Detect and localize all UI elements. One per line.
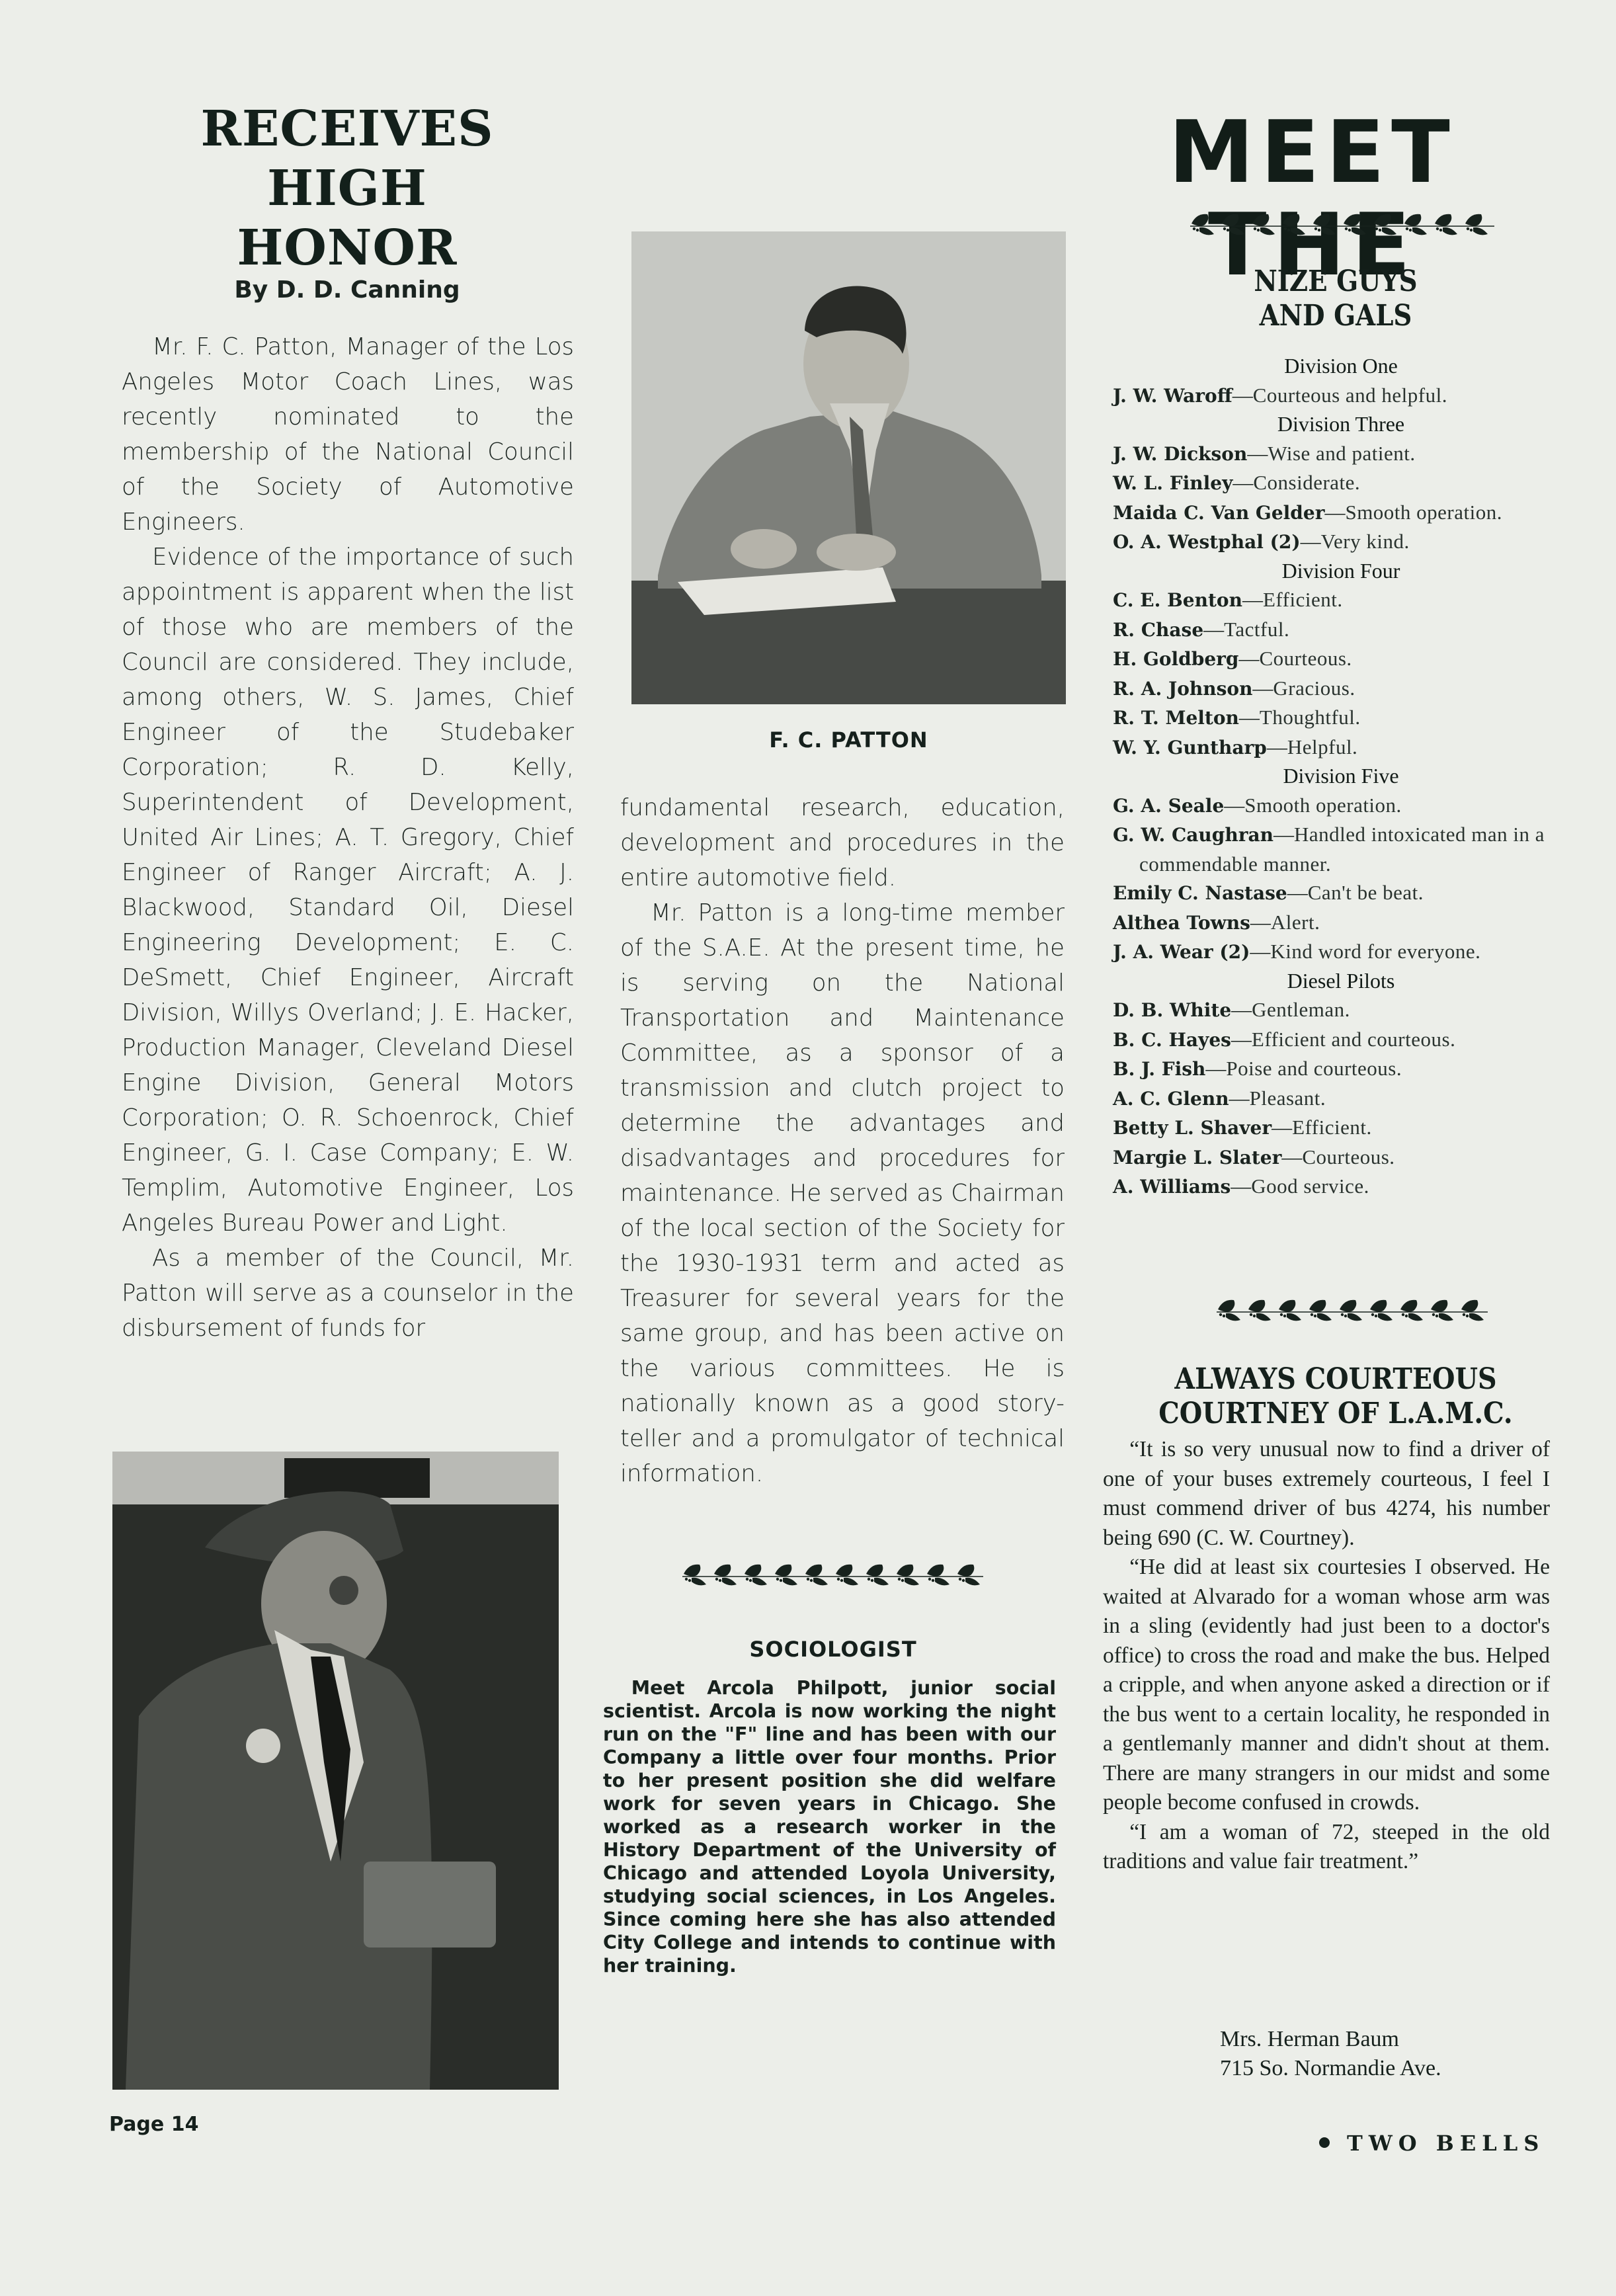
dash: — — [1324, 501, 1345, 524]
dash: — — [1232, 384, 1253, 407]
roster-entry: A. Williams—Good service. — [1113, 1172, 1569, 1202]
commendation: Alert. — [1271, 911, 1320, 934]
driver-name: B. J. Fish — [1113, 1058, 1205, 1080]
headline-line: ALWAYS COURTEOUS — [1127, 1362, 1544, 1397]
dash: — — [1231, 1028, 1252, 1051]
roster-entry: Margie L. Slater—Courteous. — [1113, 1143, 1569, 1172]
publication-footer: TWO BELLS — [1319, 2131, 1545, 2156]
driver-name: R. A. Johnson — [1113, 678, 1252, 700]
roster-entry: O. A. Westphal (2)—Very kind. — [1113, 527, 1569, 557]
driver-name: R. T. Melton — [1113, 707, 1239, 729]
sociologist-body: Meet Arcola Philpott, junior social scie… — [603, 1676, 1056, 1977]
dash: — — [1205, 1057, 1226, 1080]
driver-name: O. A. Westphal (2) — [1113, 531, 1301, 553]
roster-entry: C. E. Benton—Efficient. — [1113, 585, 1569, 615]
driver-name: J. W. Dickson — [1113, 443, 1247, 465]
roster-entry: J. A. Wear (2)—Kind word for everyone. — [1113, 937, 1569, 967]
dash: — — [1272, 1116, 1292, 1139]
commendation: Smooth operation. — [1345, 501, 1502, 524]
driver-name: D. B. White — [1113, 999, 1231, 1021]
letter-signature: Mrs. Herman Baum 715 So. Normandie Ave. — [1220, 2025, 1551, 2083]
headline-line: HONOR — [132, 218, 562, 278]
roster-entry: Maida C. Van Gelder—Smooth operation. — [1113, 498, 1569, 528]
driver-name: Emily C. Nastase — [1113, 882, 1287, 904]
paragraph: Mr. F. C. Patton, Manager of the Los Ang… — [122, 329, 574, 540]
commendation: Smooth operation. — [1244, 794, 1402, 817]
holly-border-icon — [1190, 210, 1494, 238]
commendation: Efficient and courteous. — [1252, 1028, 1455, 1051]
driver-name: Althea Towns — [1113, 912, 1250, 934]
dash: — — [1231, 998, 1252, 1021]
meet-the-banner: MEET THE — [1051, 106, 1574, 291]
dash: — — [1232, 471, 1253, 494]
portrait-operator-in-cap-icon — [112, 1452, 559, 2090]
paragraph: “I am a woman of 72, steeped in the old … — [1103, 1818, 1550, 1877]
holly-border-icon — [1217, 1296, 1488, 1324]
dash: — — [1229, 1086, 1250, 1110]
patton-photo — [631, 231, 1066, 704]
driver-name: H. Goldberg — [1113, 648, 1238, 670]
dash: — — [1267, 735, 1287, 758]
honor-article-column-1: Mr. F. C. Patton, Manager of the Los Ang… — [122, 329, 574, 1346]
driver-name: A. C. Glenn — [1113, 1088, 1229, 1110]
courtney-letter: “It is so very unusual now to find a dri… — [1103, 1435, 1550, 1877]
signature-name: Mrs. Herman Baum — [1220, 2025, 1551, 2054]
driver-name: B. C. Hayes — [1113, 1029, 1231, 1051]
paragraph: “It is so very unusual now to find a dri… — [1103, 1435, 1550, 1553]
dash: — — [1239, 706, 1260, 729]
commendation: Helpful. — [1287, 735, 1357, 758]
commendation: Tactful. — [1224, 618, 1289, 641]
sociologist-title: SOCIOLOGIST — [602, 1637, 1065, 1662]
dash: — — [1301, 530, 1321, 553]
driver-name: Betty L. Shaver — [1113, 1117, 1272, 1139]
commendation: Efficient. — [1263, 588, 1343, 611]
dash: — — [1281, 1145, 1302, 1168]
paragraph: fundamental research, education, develop… — [620, 790, 1065, 895]
roster-entry: W. Y. Guntharp—Helpful. — [1113, 733, 1569, 762]
division-heading: Division Three — [1113, 410, 1569, 439]
courtney-headline: ALWAYS COURTEOUS COURTNEY OF L.A.M.C. — [1127, 1362, 1544, 1431]
honor-article-column-2: fundamental research, education, develop… — [620, 790, 1065, 1491]
roster-entry: G. A. Seale—Smooth operation. — [1113, 791, 1569, 821]
dash: — — [1250, 911, 1271, 934]
roster-entry: B. C. Hayes—Efficient and courteous. — [1113, 1025, 1569, 1055]
photo-caption: F. C. PATTON — [631, 727, 1066, 753]
commendation: Good service. — [1251, 1174, 1369, 1198]
paragraph: “He did at least six courtesies I observ… — [1103, 1553, 1550, 1818]
roster-entry: W. L. Finley—Considerate. — [1113, 468, 1569, 498]
roster-entry: J. W. Dickson—Wise and patient. — [1113, 439, 1569, 469]
driver-name: W. Y. Guntharp — [1113, 737, 1267, 758]
roster-entry: D. B. White—Gentleman. — [1113, 995, 1569, 1025]
driver-name: G. W. Caughran — [1113, 824, 1273, 846]
paragraph: As a member of the Council, Mr. Patton w… — [122, 1241, 574, 1346]
title-line: NIZE GUYS — [1138, 265, 1533, 299]
dash: — — [1203, 618, 1224, 641]
commendation-roster: Division One J. W. Waroff—Courteous and … — [1113, 352, 1569, 1202]
headline-receives-high-honor: RECEIVES HIGH HONOR — [132, 99, 562, 278]
headline-line: RECEIVES — [132, 99, 562, 159]
roster-entry: J. W. Waroff—Courteous and helpful. — [1113, 381, 1569, 411]
paragraph: Mr. Patton is a long-time member of the … — [620, 895, 1065, 1491]
driver-name: A. Williams — [1113, 1176, 1231, 1198]
sociologist-photo — [112, 1452, 559, 2090]
paragraph: Meet Arcola Philpott, junior social scie… — [603, 1676, 1056, 1977]
driver-name: W. L. Finley — [1113, 472, 1232, 494]
title-line: AND GALS — [1138, 299, 1533, 333]
commendation: Kind word for everyone. — [1270, 940, 1480, 963]
dash: — — [1238, 647, 1259, 670]
dash: — — [1250, 940, 1270, 963]
driver-name: R. Chase — [1113, 619, 1203, 641]
dash: — — [1247, 442, 1268, 465]
roster-entry: Betty L. Shaver—Efficient. — [1113, 1113, 1569, 1143]
commendation: Gracious. — [1273, 676, 1355, 700]
driver-name: C. E. Benton — [1113, 589, 1242, 611]
roster-entry: Emily C. Nastase—Can't be beat. — [1113, 878, 1569, 908]
page-number: Page 14 — [109, 2113, 198, 2136]
roster-entry: A. C. Glenn—Pleasant. — [1113, 1084, 1569, 1114]
commendation: Gentleman. — [1252, 998, 1350, 1021]
byline: By D. D. Canning — [132, 276, 562, 304]
signature-address: 715 So. Normandie Ave. — [1220, 2054, 1551, 2083]
commendation: Pleasant. — [1250, 1086, 1326, 1110]
driver-name: J. W. Waroff — [1113, 385, 1232, 407]
dash: — — [1273, 823, 1294, 846]
commendation: Courteous and helpful. — [1253, 384, 1447, 407]
publication-name: TWO BELLS — [1347, 2131, 1545, 2156]
holly-border-icon — [682, 1561, 983, 1588]
driver-name: J. A. Wear (2) — [1113, 941, 1250, 963]
driver-name: Maida C. Van Gelder — [1113, 502, 1324, 524]
roster-entry: B. J. Fish—Poise and courteous. — [1113, 1054, 1569, 1084]
division-heading: Division One — [1113, 352, 1569, 381]
commendation: Thoughtful. — [1260, 706, 1361, 729]
headline-line: HIGH — [132, 159, 562, 218]
commendation: Courteous. — [1302, 1145, 1394, 1168]
roster-entry: R. T. Melton—Thoughtful. — [1113, 703, 1569, 733]
paragraph: Evidence of the importance of such appoi… — [122, 540, 574, 1241]
commendation: Efficient. — [1292, 1116, 1372, 1139]
roster-entry: G. W. Caughran—Handled intoxicated man i… — [1113, 820, 1569, 878]
dash: — — [1224, 794, 1244, 817]
dash: — — [1252, 676, 1273, 700]
nize-guys-title: NIZE GUYS AND GALS — [1138, 265, 1533, 333]
bullet-icon — [1319, 2137, 1330, 2148]
roster-entry: H. Goldberg—Courteous. — [1113, 644, 1569, 674]
roster-entry: R. A. Johnson—Gracious. — [1113, 674, 1569, 704]
division-heading: Division Five — [1113, 762, 1569, 791]
commendation: Can't be beat. — [1308, 881, 1424, 904]
dash: — — [1231, 1174, 1251, 1198]
headline-line: COURTNEY OF L.A.M.C. — [1127, 1397, 1544, 1431]
driver-name: G. A. Seale — [1113, 795, 1224, 817]
dash: — — [1242, 588, 1263, 611]
division-heading: Diesel Pilots — [1113, 967, 1569, 996]
commendation: Courteous. — [1259, 647, 1352, 670]
division-heading: Division Four — [1113, 557, 1569, 586]
roster-entry: Althea Towns—Alert. — [1113, 908, 1569, 938]
portrait-man-at-desk-icon — [631, 231, 1066, 704]
roster-entry: R. Chase—Tactful. — [1113, 615, 1569, 645]
commendation: Considerate. — [1253, 471, 1360, 494]
dash: — — [1287, 881, 1308, 904]
driver-name: Margie L. Slater — [1113, 1147, 1281, 1168]
commendation: Wise and patient. — [1268, 442, 1415, 465]
commendation: Very kind. — [1321, 530, 1410, 553]
commendation: Poise and courteous. — [1226, 1057, 1402, 1080]
